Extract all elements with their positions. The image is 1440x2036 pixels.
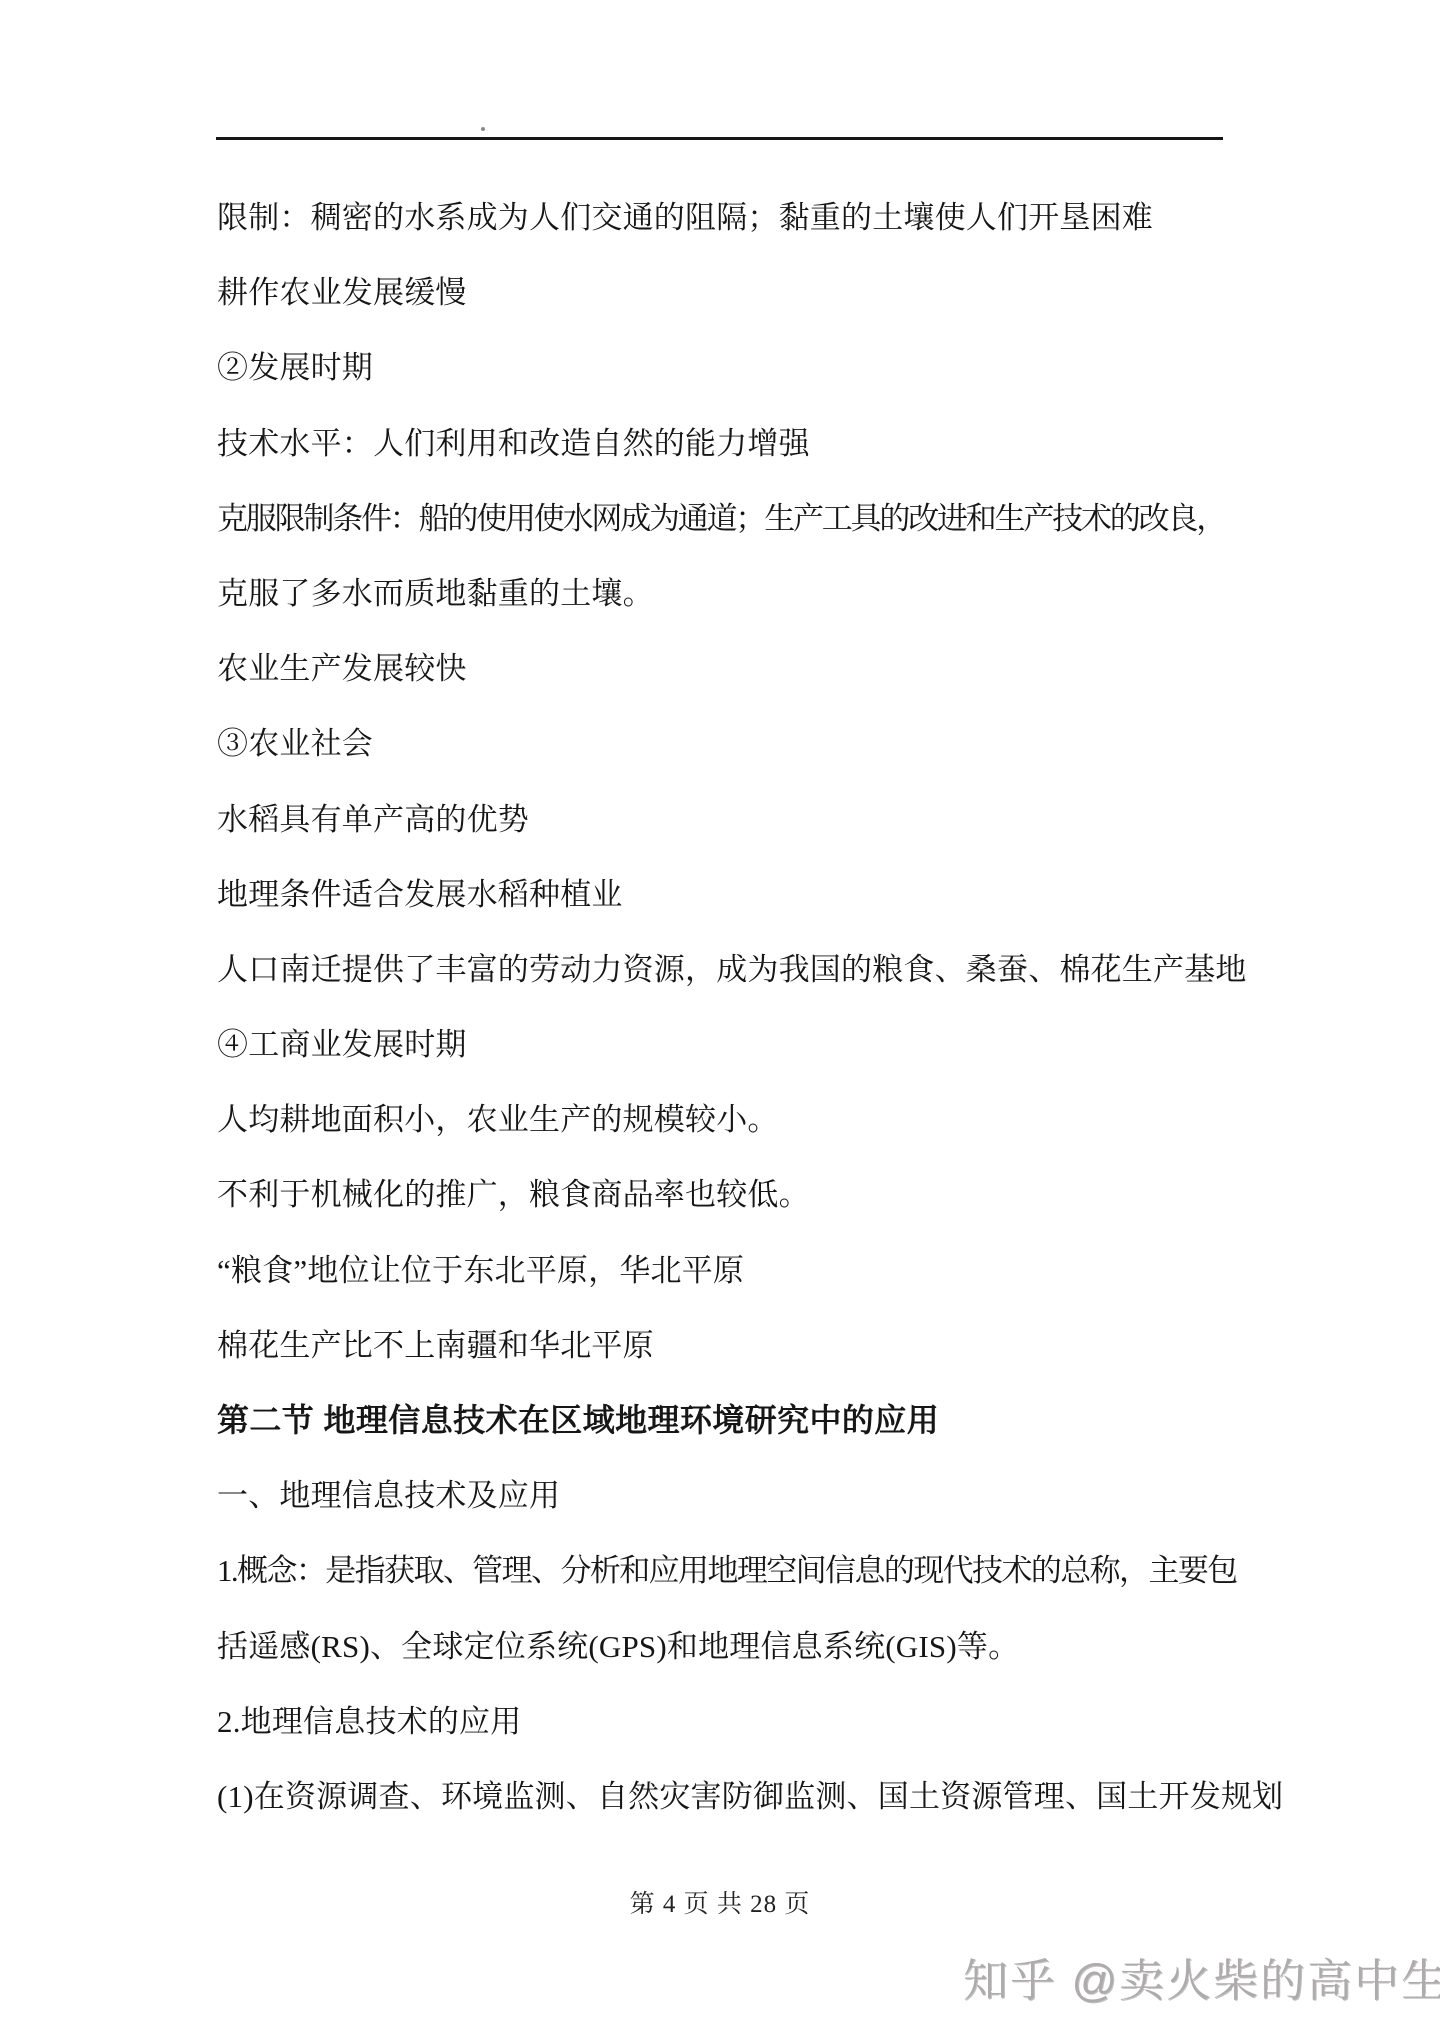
text-line: 农业生产发展较快 [217,631,1227,706]
text-line: “粮食”地位让位于东北平原，华北平原 [217,1233,1227,1308]
dot-artifact [481,127,485,131]
text-line: 1.概念：是指获取、管理、分析和应用地理空间信息的现代技术的总称，主要包 [217,1533,1227,1608]
document-body: 限制：稠密的水系成为人们交通的阻隔；黏重的土壤使人们开垦困难 耕作农业发展缓慢 … [217,180,1227,1834]
text-line: 人口南迁提供了丰富的劳动力资源，成为我国的粮食、桑蚕、棉花生产基地 [217,932,1227,1007]
text-line: 一、地理信息技术及应用 [217,1458,1227,1533]
text-line: 不利于机械化的推广，粮食商品率也较低。 [217,1157,1227,1232]
zhihu-watermark: 知乎 @卖火柴的高中生 [963,1944,1440,2009]
text-line: 水稻具有单产高的优势 [217,782,1227,857]
text-line: 括遥感(RS)、全球定位系统(GPS)和地理信息系统(GIS)等。 [217,1609,1227,1684]
text-line: 克服限制条件：船的使用使水网成为通道；生产工具的改进和生产技术的改良， [217,481,1227,556]
section-heading: 第二节 地理信息技术在区域地理环境研究中的应用 [217,1383,1227,1458]
page-number-footer: 第 4 页 共 28 页 [0,1884,1440,1920]
text-line: ④工商业发展时期 [217,1007,1227,1082]
text-line: 棉花生产比不上南疆和华北平原 [217,1308,1227,1383]
text-line: ③农业社会 [217,706,1227,781]
text-line: 地理条件适合发展水稻种植业 [217,857,1227,932]
text-line: 2.地理信息技术的应用 [217,1684,1227,1759]
header-rule [216,137,1223,140]
text-line: (1)在资源调查、环境监测、自然灾害防御监测、国土资源管理、国土开发规划 [217,1759,1227,1834]
text-line: 耕作农业发展缓慢 [217,255,1227,330]
text-line: 限制：稠密的水系成为人们交通的阻隔；黏重的土壤使人们开垦困难 [217,180,1227,255]
text-line: ②发展时期 [217,330,1227,405]
document-page: 限制：稠密的水系成为人们交通的阻隔；黏重的土壤使人们开垦困难 耕作农业发展缓慢 … [0,0,1440,2036]
text-line: 技术水平：人们利用和改造自然的能力增强 [217,406,1227,481]
text-line: 人均耕地面积小，农业生产的规模较小。 [217,1082,1227,1157]
text-line: 克服了多水而质地黏重的土壤。 [217,556,1227,631]
